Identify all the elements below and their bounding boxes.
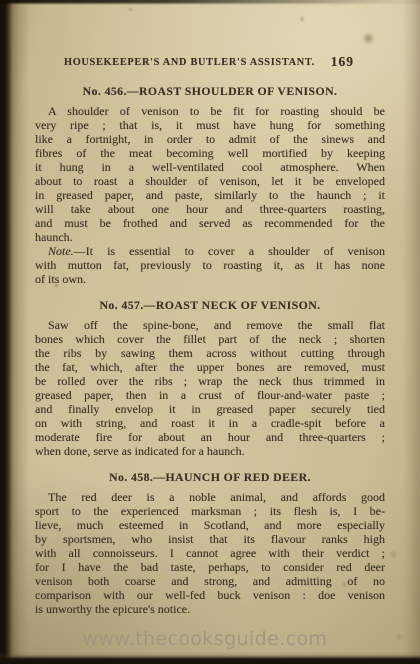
section-heading: No. 456.—ROAST SHOULDER OF VENISON.	[35, 84, 385, 98]
text-line: very ripe ; that is, it must have hung f…	[35, 118, 385, 132]
foxing-stain	[299, 16, 305, 22]
page-number: 169	[331, 54, 354, 70]
book-page-scan: HOUSEKEEPER'S AND BUTLER'S ASSISTANT. 16…	[0, 0, 420, 664]
scan-edge-right	[402, 0, 420, 664]
text-line: The red deer is a noble animal, and affo…	[35, 490, 385, 504]
scan-edge-top	[0, 0, 420, 5]
foxing-stain	[389, 550, 398, 559]
text-line: comparison with our well-fed buck veniso…	[35, 588, 385, 602]
text-line: for I have the bad taste, perhaps, to co…	[35, 560, 385, 574]
text-line: be rolled over the ribs ; wrap the neck …	[35, 374, 385, 388]
text-line: the ribs by sawing them across without c…	[35, 346, 385, 360]
text-line: and finally envelop it in greased paper …	[35, 402, 385, 416]
text-line: bones which cover the fillet part of the…	[35, 332, 385, 346]
text-line: sport to the experienced marksman ; its …	[35, 504, 385, 518]
page-header: HOUSEKEEPER'S AND BUTLER'S ASSISTANT. 16…	[35, 57, 386, 73]
note-label: Note.	[48, 244, 74, 258]
section-heading: No. 457.—ROAST NECK OF VENISON.	[35, 298, 385, 312]
foxing-stain	[128, 7, 133, 12]
text-line: with mutton fat, previously to roasting …	[35, 258, 385, 272]
text-line: lieve, much esteemed in Scotland, and mo…	[35, 518, 385, 532]
page-body: No. 456.—ROAST SHOULDER OF VENISON.A sho…	[35, 72, 385, 616]
foxing-stain	[54, 283, 59, 288]
text-line: with all connoisseurs. I cannot agree wi…	[35, 546, 385, 560]
text-line: Note.—It is essential to cover a shoulde…	[35, 244, 385, 258]
text-line: on with string, and roast it in a cradle…	[35, 416, 385, 430]
section-heading: No. 458.—HAUNCH OF RED DEER.	[35, 470, 385, 484]
text-line: is unworthy the epicure's notice.	[35, 602, 385, 616]
text-line: haunch.	[35, 230, 385, 244]
foxing-stain	[362, 32, 375, 45]
paragraph: Note.—It is essential to cover a shoulde…	[35, 244, 385, 286]
paragraph: A shoulder of venison to be fit for roas…	[35, 104, 385, 244]
watermark: www.thecooksguide.com	[0, 628, 415, 650]
text-line: the fat, which, after the upper bones ar…	[35, 360, 385, 374]
text-line: venison both coarse and strong, and admi…	[35, 574, 385, 588]
text-line: and must be frothed and served as recomm…	[35, 216, 385, 230]
text-line: it hung in a well-ventilated cool atmosp…	[35, 160, 385, 174]
text-line: fibres of the meat becoming well mortifi…	[35, 146, 385, 160]
text-line: Saw off the spine-bone, and remove the s…	[35, 318, 385, 332]
scan-edge-left	[0, 0, 30, 664]
text-line: in greased paper, and paste, similarly t…	[35, 188, 385, 202]
text-line: of its own.	[35, 272, 385, 286]
text-line: when done, serve as indicated for a haun…	[35, 444, 385, 458]
text-line: will take about one hour and three-quart…	[35, 202, 385, 216]
foxing-stain	[341, 581, 348, 588]
text-line: about to roast a shoulder of venison, le…	[35, 174, 385, 188]
text-line: greased paper, then in a crust of flour-…	[35, 388, 385, 402]
paragraph: The red deer is a noble animal, and affo…	[35, 490, 385, 616]
text-line: by sportsmen, who insist that its flavou…	[35, 532, 385, 546]
paragraph: Saw off the spine-bone, and remove the s…	[35, 318, 385, 458]
text-line: like a fortnight, in order to admit of t…	[35, 132, 385, 146]
text-line: moderate fire for about an hour and thre…	[35, 430, 385, 444]
text-line: A shoulder of venison to be fit for roas…	[35, 104, 385, 118]
scan-edge-bottom	[0, 652, 420, 664]
